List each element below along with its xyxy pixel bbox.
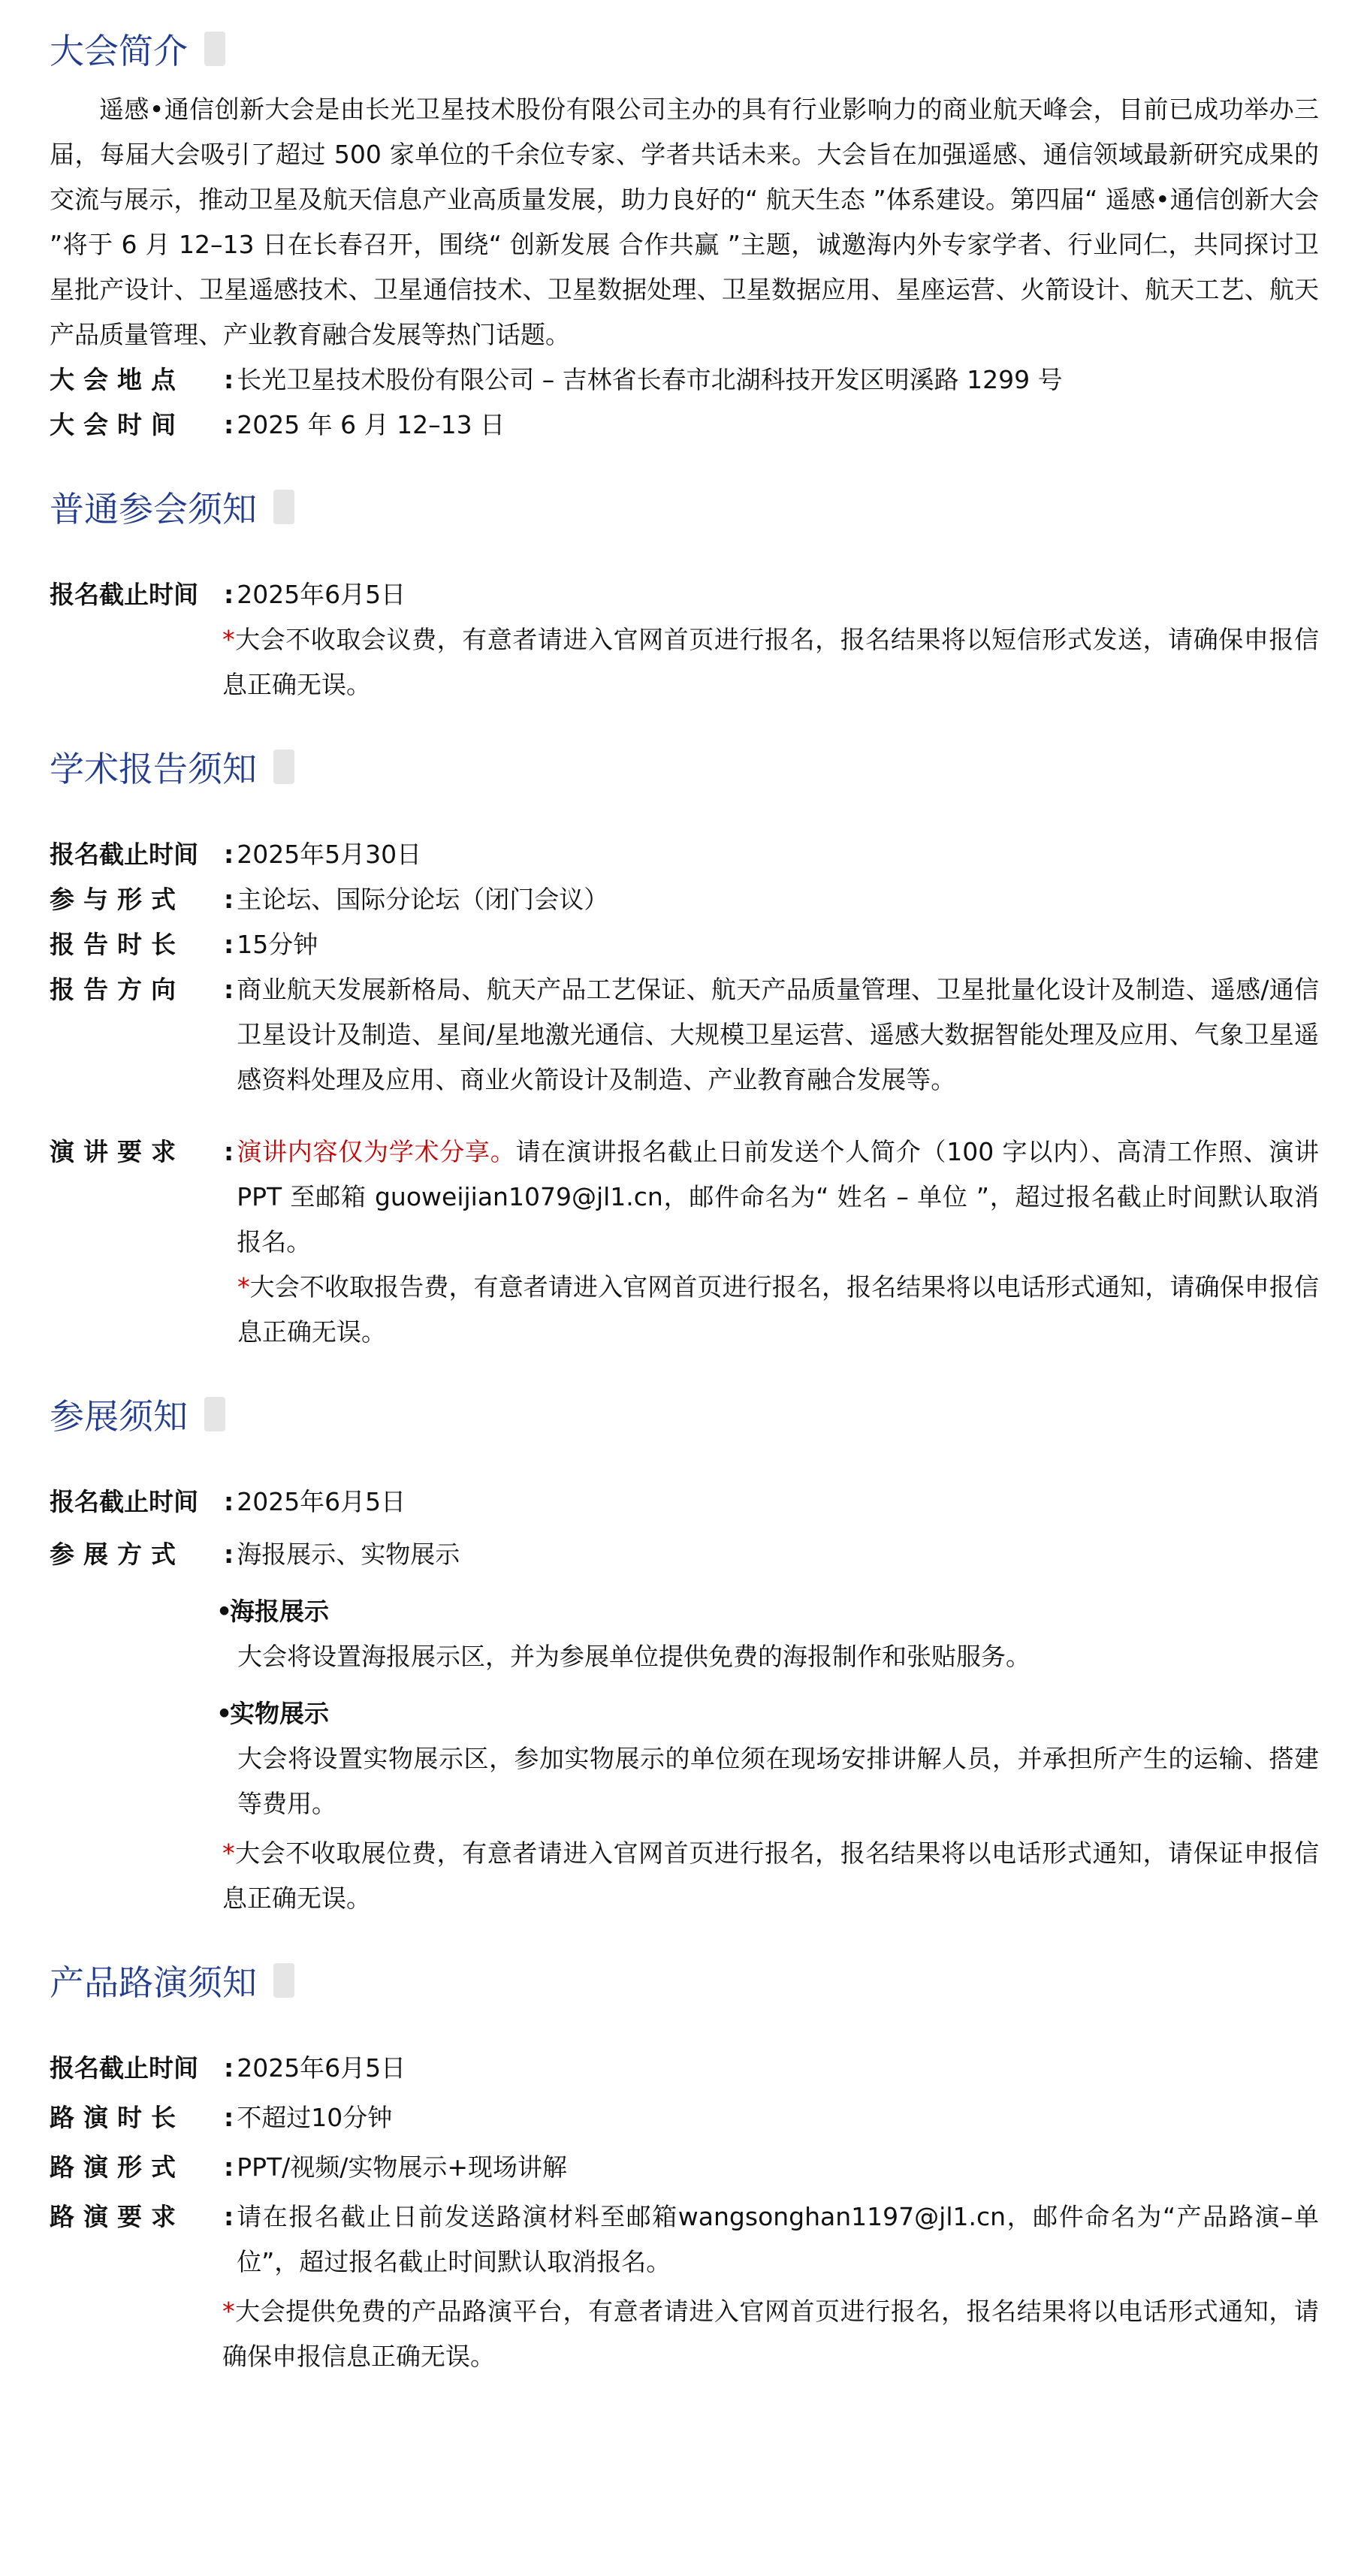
section-title-exhibit: 参展须知 xyxy=(50,1388,1319,1440)
info-row-venue: 大会地点 : 长光卫星技术股份有限公司 – 吉林省长春市北湖科技开发区明溪路 1… xyxy=(50,357,1319,403)
section-title-text: 普通参会须知 xyxy=(50,482,257,532)
time-value: 2025 年 6 月 12–13 日 xyxy=(234,403,1319,448)
roadshow-requirement-value: 请在报名截止日前发送路演材料至邮箱wangsonghan1197@jl1.cn，… xyxy=(234,2194,1319,2285)
topics-row: 报告方向 : 商业航天发展新格局、航天产品工艺保证、航天产品质量管理、卫星批量化… xyxy=(50,967,1319,1102)
bullet-dot-icon: • xyxy=(216,1589,230,1634)
duration-value: 15分钟 xyxy=(234,922,1319,967)
bullet-dot-icon: • xyxy=(216,1691,230,1736)
note-text: 大会不收取会议费，有意者请进入官网首页进行报名，报名结果将以短信形式发送，请确保… xyxy=(222,625,1319,699)
title-tag-block xyxy=(273,490,294,524)
colon: : xyxy=(224,1480,234,1525)
deadline-row: 报名截止时间 : 2025年5月30日 xyxy=(50,832,1319,877)
speech-emphasis: 演讲内容仅为学术分享。 xyxy=(237,1137,515,1166)
deadline-value: 2025年6月5日 xyxy=(234,572,1319,617)
section-general: 普通参会须知 报名截止时间 : 2025年6月5日 *大会不收取会议费，有意者请… xyxy=(50,481,1319,707)
colon: : xyxy=(224,922,234,967)
exhibit-note: *大会不收取展位费，有意者请进入官网首页进行报名，报名结果将以电话形式通知，请保… xyxy=(50,1831,1319,1921)
bullet-physical: •实物展示 xyxy=(50,1691,1319,1736)
deadline-label: 报名截止时间 xyxy=(50,2046,224,2091)
colon: : xyxy=(224,832,234,877)
deadline-label: 报名截止时间 xyxy=(50,572,224,617)
roadshow-duration-row: 路演时长 : 不超过10分钟 xyxy=(50,2095,1319,2140)
exhibit-method-row: 参展方式 : 海报展示、实物展示 xyxy=(50,1532,1319,1577)
speech-value: 演讲内容仅为学术分享。请在演讲报名截止日前发送个人简介（100 字以内）、高清工… xyxy=(234,1130,1319,1265)
colon: : xyxy=(224,1130,234,1265)
note-text: 大会提供免费的产品路演平台，有意者请进入官网首页进行报名，报名结果将以电话形式通… xyxy=(222,2297,1319,2371)
section-title-academic: 学术报告须知 xyxy=(50,741,1319,793)
bullet-physical-body: 大会将设置实物展示区，参加实物展示的单位须在现场安排讲解人员，并承担所产生的运输… xyxy=(50,1736,1319,1826)
title-tag-block xyxy=(204,1397,225,1431)
section-exhibit: 参展须知 报名截止时间 : 2025年6月5日 参展方式 : 海报展示、实物展示… xyxy=(50,1388,1319,1921)
title-tag-block xyxy=(273,750,294,784)
section-academic: 学术报告须知 报名截止时间 : 2025年5月30日 参与形式 : 主论坛、国际… xyxy=(50,741,1319,1355)
colon: : xyxy=(224,2145,234,2190)
colon: : xyxy=(224,2046,234,2091)
roadshow-duration-label: 路演时长 xyxy=(50,2095,224,2140)
roadshow-format-value: PPT/视频/实物展示+现场讲解 xyxy=(234,2145,1319,2190)
academic-note: *大会不收取报告费，有意者请进入官网首页进行报名，报名结果将以电话形式通知，请确… xyxy=(50,1265,1319,1355)
colon: : xyxy=(224,877,234,922)
section-title-intro: 大会简介 xyxy=(50,23,1319,75)
duration-row: 报告时长 : 15分钟 xyxy=(50,922,1319,967)
deadline-label: 报名截止时间 xyxy=(50,1480,224,1525)
deadline-value: 2025年6月5日 xyxy=(234,2046,1319,2091)
deadline-row: 报名截止时间 : 2025年6月5日 xyxy=(50,572,1319,617)
speech-requirement-row: 演讲要求 : 演讲内容仅为学术分享。请在演讲报名截止日前发送个人简介（100 字… xyxy=(50,1130,1319,1265)
deadline-value: 2025年6月5日 xyxy=(234,1480,1319,1525)
topics-value: 商业航天发展新格局、航天产品工艺保证、航天产品质量管理、卫星批量化设计及制造、遥… xyxy=(234,967,1319,1102)
deadline-row: 报名截止时间 : 2025年6月5日 xyxy=(50,2046,1319,2091)
colon: : xyxy=(224,2095,234,2140)
required-star: * xyxy=(237,1272,250,1302)
colon: : xyxy=(224,1532,234,1577)
colon: : xyxy=(224,967,234,1102)
info-row-time: 大会时间 : 2025 年 6 月 12–13 日 xyxy=(50,403,1319,448)
section-title-text: 产品路演须知 xyxy=(50,1956,257,2005)
method-label: 参展方式 xyxy=(50,1532,224,1577)
section-title-general: 普通参会须知 xyxy=(50,481,1319,533)
deadline-label: 报名截止时间 xyxy=(50,832,224,877)
required-star: * xyxy=(222,2297,235,2326)
colon: : xyxy=(224,403,234,448)
duration-label: 报告时长 xyxy=(50,922,224,967)
roadshow-requirement-row: 路演要求 : 请在报名截止日前发送路演材料至邮箱wangsonghan1197@… xyxy=(50,2194,1319,2285)
conference-notice-page: 大会简介 遥感•通信创新大会是由长光卫星技术股份有限公司主办的具有行业影响力的商… xyxy=(0,0,1370,2439)
note-text: 大会不收取报告费，有意者请进入官网首页进行报名，报名结果将以电话形式通知，请确保… xyxy=(237,1272,1319,1347)
note-text: 大会不收取展位费，有意者请进入官网首页进行报名，报名结果将以电话形式通知，请保证… xyxy=(222,1838,1319,1913)
topics-label: 报告方向 xyxy=(50,967,224,1102)
deadline-row: 报名截止时间 : 2025年6月5日 xyxy=(50,1480,1319,1525)
roadshow-format-row: 路演形式 : PPT/视频/实物展示+现场讲解 xyxy=(50,2145,1319,2190)
general-note: *大会不收取会议费，有意者请进入官网首页进行报名，报名结果将以短信形式发送，请确… xyxy=(50,617,1319,707)
roadshow-format-label: 路演形式 xyxy=(50,2145,224,2190)
roadshow-duration-value: 不超过10分钟 xyxy=(234,2095,1319,2140)
required-star: * xyxy=(222,1838,235,1868)
roadshow-note: *大会提供免费的产品路演平台，有意者请进入官网首页进行报名，报名结果将以电话形式… xyxy=(50,2289,1319,2379)
intro-paragraph: 遥感•通信创新大会是由长光卫星技术股份有限公司主办的具有行业影响力的商业航天峰会… xyxy=(50,87,1319,357)
speech-label: 演讲要求 xyxy=(50,1130,224,1265)
venue-value: 长光卫星技术股份有限公司 – 吉林省长春市北湖科技开发区明溪路 1299 号 xyxy=(234,357,1319,403)
participation-value: 主论坛、国际分论坛（闭门会议） xyxy=(234,877,1319,922)
bullet-poster-body: 大会将设置海报展示区，并为参展单位提供免费的海报制作和张贴服务。 xyxy=(50,1634,1319,1679)
method-value: 海报展示、实物展示 xyxy=(234,1532,1319,1577)
required-star: * xyxy=(222,625,235,654)
section-roadshow: 产品路演须知 报名截止时间 : 2025年6月5日 路演时长 : 不超过10分钟… xyxy=(50,1954,1319,2379)
venue-label: 大会地点 xyxy=(50,357,224,403)
section-title-text: 学术报告须知 xyxy=(50,742,257,792)
participation-row: 参与形式 : 主论坛、国际分论坛（闭门会议） xyxy=(50,877,1319,922)
deadline-value: 2025年5月30日 xyxy=(234,832,1319,877)
section-title-roadshow: 产品路演须知 xyxy=(50,1954,1319,2007)
bullet-title-text: 海报展示 xyxy=(230,1597,329,1626)
title-tag-block xyxy=(273,1963,294,1998)
participation-label: 参与形式 xyxy=(50,877,224,922)
bullet-poster: •海报展示 xyxy=(50,1589,1319,1634)
colon: : xyxy=(224,572,234,617)
section-title-text: 大会简介 xyxy=(50,24,188,74)
section-title-text: 参展须知 xyxy=(50,1389,188,1439)
bullet-title-text: 实物展示 xyxy=(230,1699,329,1728)
colon: : xyxy=(224,357,234,403)
time-label: 大会时间 xyxy=(50,403,224,448)
colon: : xyxy=(224,2194,234,2285)
roadshow-requirement-label: 路演要求 xyxy=(50,2194,224,2285)
title-tag-block xyxy=(204,32,225,66)
section-intro: 大会简介 遥感•通信创新大会是由长光卫星技术股份有限公司主办的具有行业影响力的商… xyxy=(50,23,1319,448)
